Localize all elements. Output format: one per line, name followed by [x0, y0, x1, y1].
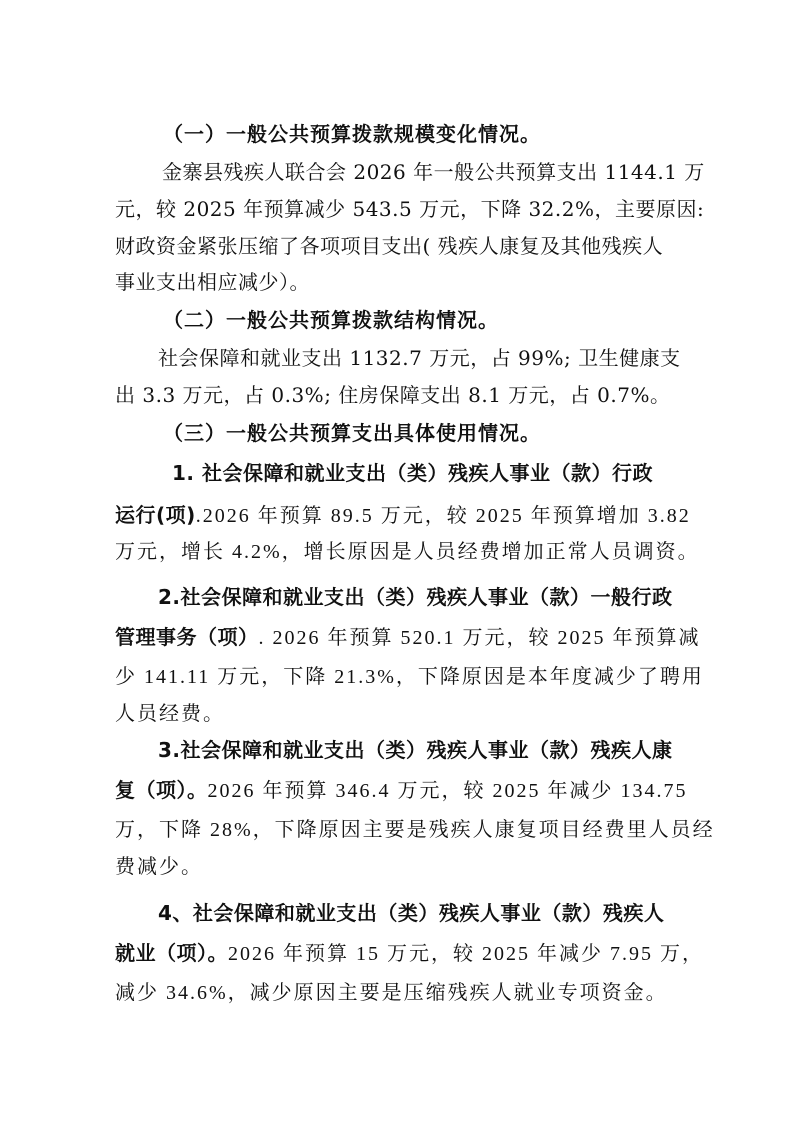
item-title-2: 2.社会保障和就业支出（类）残疾人事业（款）一般行政: [158, 585, 673, 609]
item-text: 2026 年预算 346.4 万元，较 2025 年减少 134.75: [208, 780, 688, 802]
item-title-continued: 就业（项）。: [115, 941, 228, 965]
item-text: .2026 年预算 89.5 万元，较 2025 年预算增加 3.82: [196, 505, 691, 527]
paragraph-line: 金寨县残疾人联合会 2026 年一般公共预算支出 1144.1 万: [162, 160, 705, 184]
paragraph-line: 事业支出相应减少）。: [115, 270, 310, 294]
item-line: 减少 34.6%，减少原因主要是压缩残疾人就业专项资金。: [115, 981, 668, 1005]
item-title-continued: 管理事务（项）: [115, 625, 259, 649]
paragraph-line: 社会保障和就业支出 1132.7 万元，占 99%; 卫生健康支: [158, 346, 681, 370]
item-title-1: 1. 社会保障和就业支出（类）残疾人事业（款）行政: [172, 461, 653, 485]
item-line: 运行(项).2026 年预算 89.5 万元，较 2025 年预算增加 3.82: [115, 503, 691, 528]
item-line: 人员经费。: [115, 702, 225, 726]
item-title-4: 4、社会保障和就业支出（类）残疾人事业（款）残疾人: [158, 901, 664, 925]
item-text: 2026 年预算 15 万元，较 2025 年减少 7.95 万，: [228, 943, 704, 965]
paragraph-line: 财政资金紧张压缩了各项项目支出( 残疾人康复及其他残疾人: [115, 234, 663, 258]
item-line: 费减少。: [115, 855, 203, 879]
item-line: 管理事务（项）. 2026 年预算 520.1 万元，较 2025 年预算减: [115, 625, 701, 650]
paragraph-line: 出 3.3 万元，占 0.3%; 住房保障支出 8.1 万元，占 0.7%。: [115, 383, 670, 407]
item-line: 就业（项）。2026 年预算 15 万元，较 2025 年减少 7.95 万，: [115, 941, 704, 966]
section-heading-1: （一）一般公共预算拨款规模变化情况。: [163, 122, 541, 146]
item-line: 万元，增长 4.2%，增长原因是人员经费增加正常人员调资。: [115, 540, 700, 564]
item-line: 复（项）。2026 年预算 346.4 万元，较 2025 年减少 134.75: [115, 778, 688, 803]
item-line: 少 141.11 万元，下降 21.3%，下降原因是本年度减少了聘用: [115, 665, 704, 689]
item-line: 万，下降 28%，下降原因主要是残疾人康复项目经费里人员经: [115, 818, 715, 842]
section-heading-2: （二）一般公共预算拨款结构情况。: [163, 308, 499, 332]
item-title-continued: 运行(项): [115, 503, 196, 527]
paragraph-line: 元，较 2025 年预算减少 543.5 万元，下降 32.2%，主要原因:: [115, 197, 704, 221]
item-text: . 2026 年预算 520.1 万元，较 2025 年预算减: [259, 627, 701, 649]
section-heading-3: （三）一般公共预算支出具体使用情况。: [163, 421, 541, 445]
item-title-3: 3.社会保障和就业支出（类）残疾人事业（款）残疾人康: [158, 738, 673, 762]
document-page: （一）一般公共预算拨款规模变化情况。 金寨县残疾人联合会 2026 年一般公共预…: [0, 0, 793, 1122]
item-title-continued: 复（项）。: [115, 778, 208, 802]
